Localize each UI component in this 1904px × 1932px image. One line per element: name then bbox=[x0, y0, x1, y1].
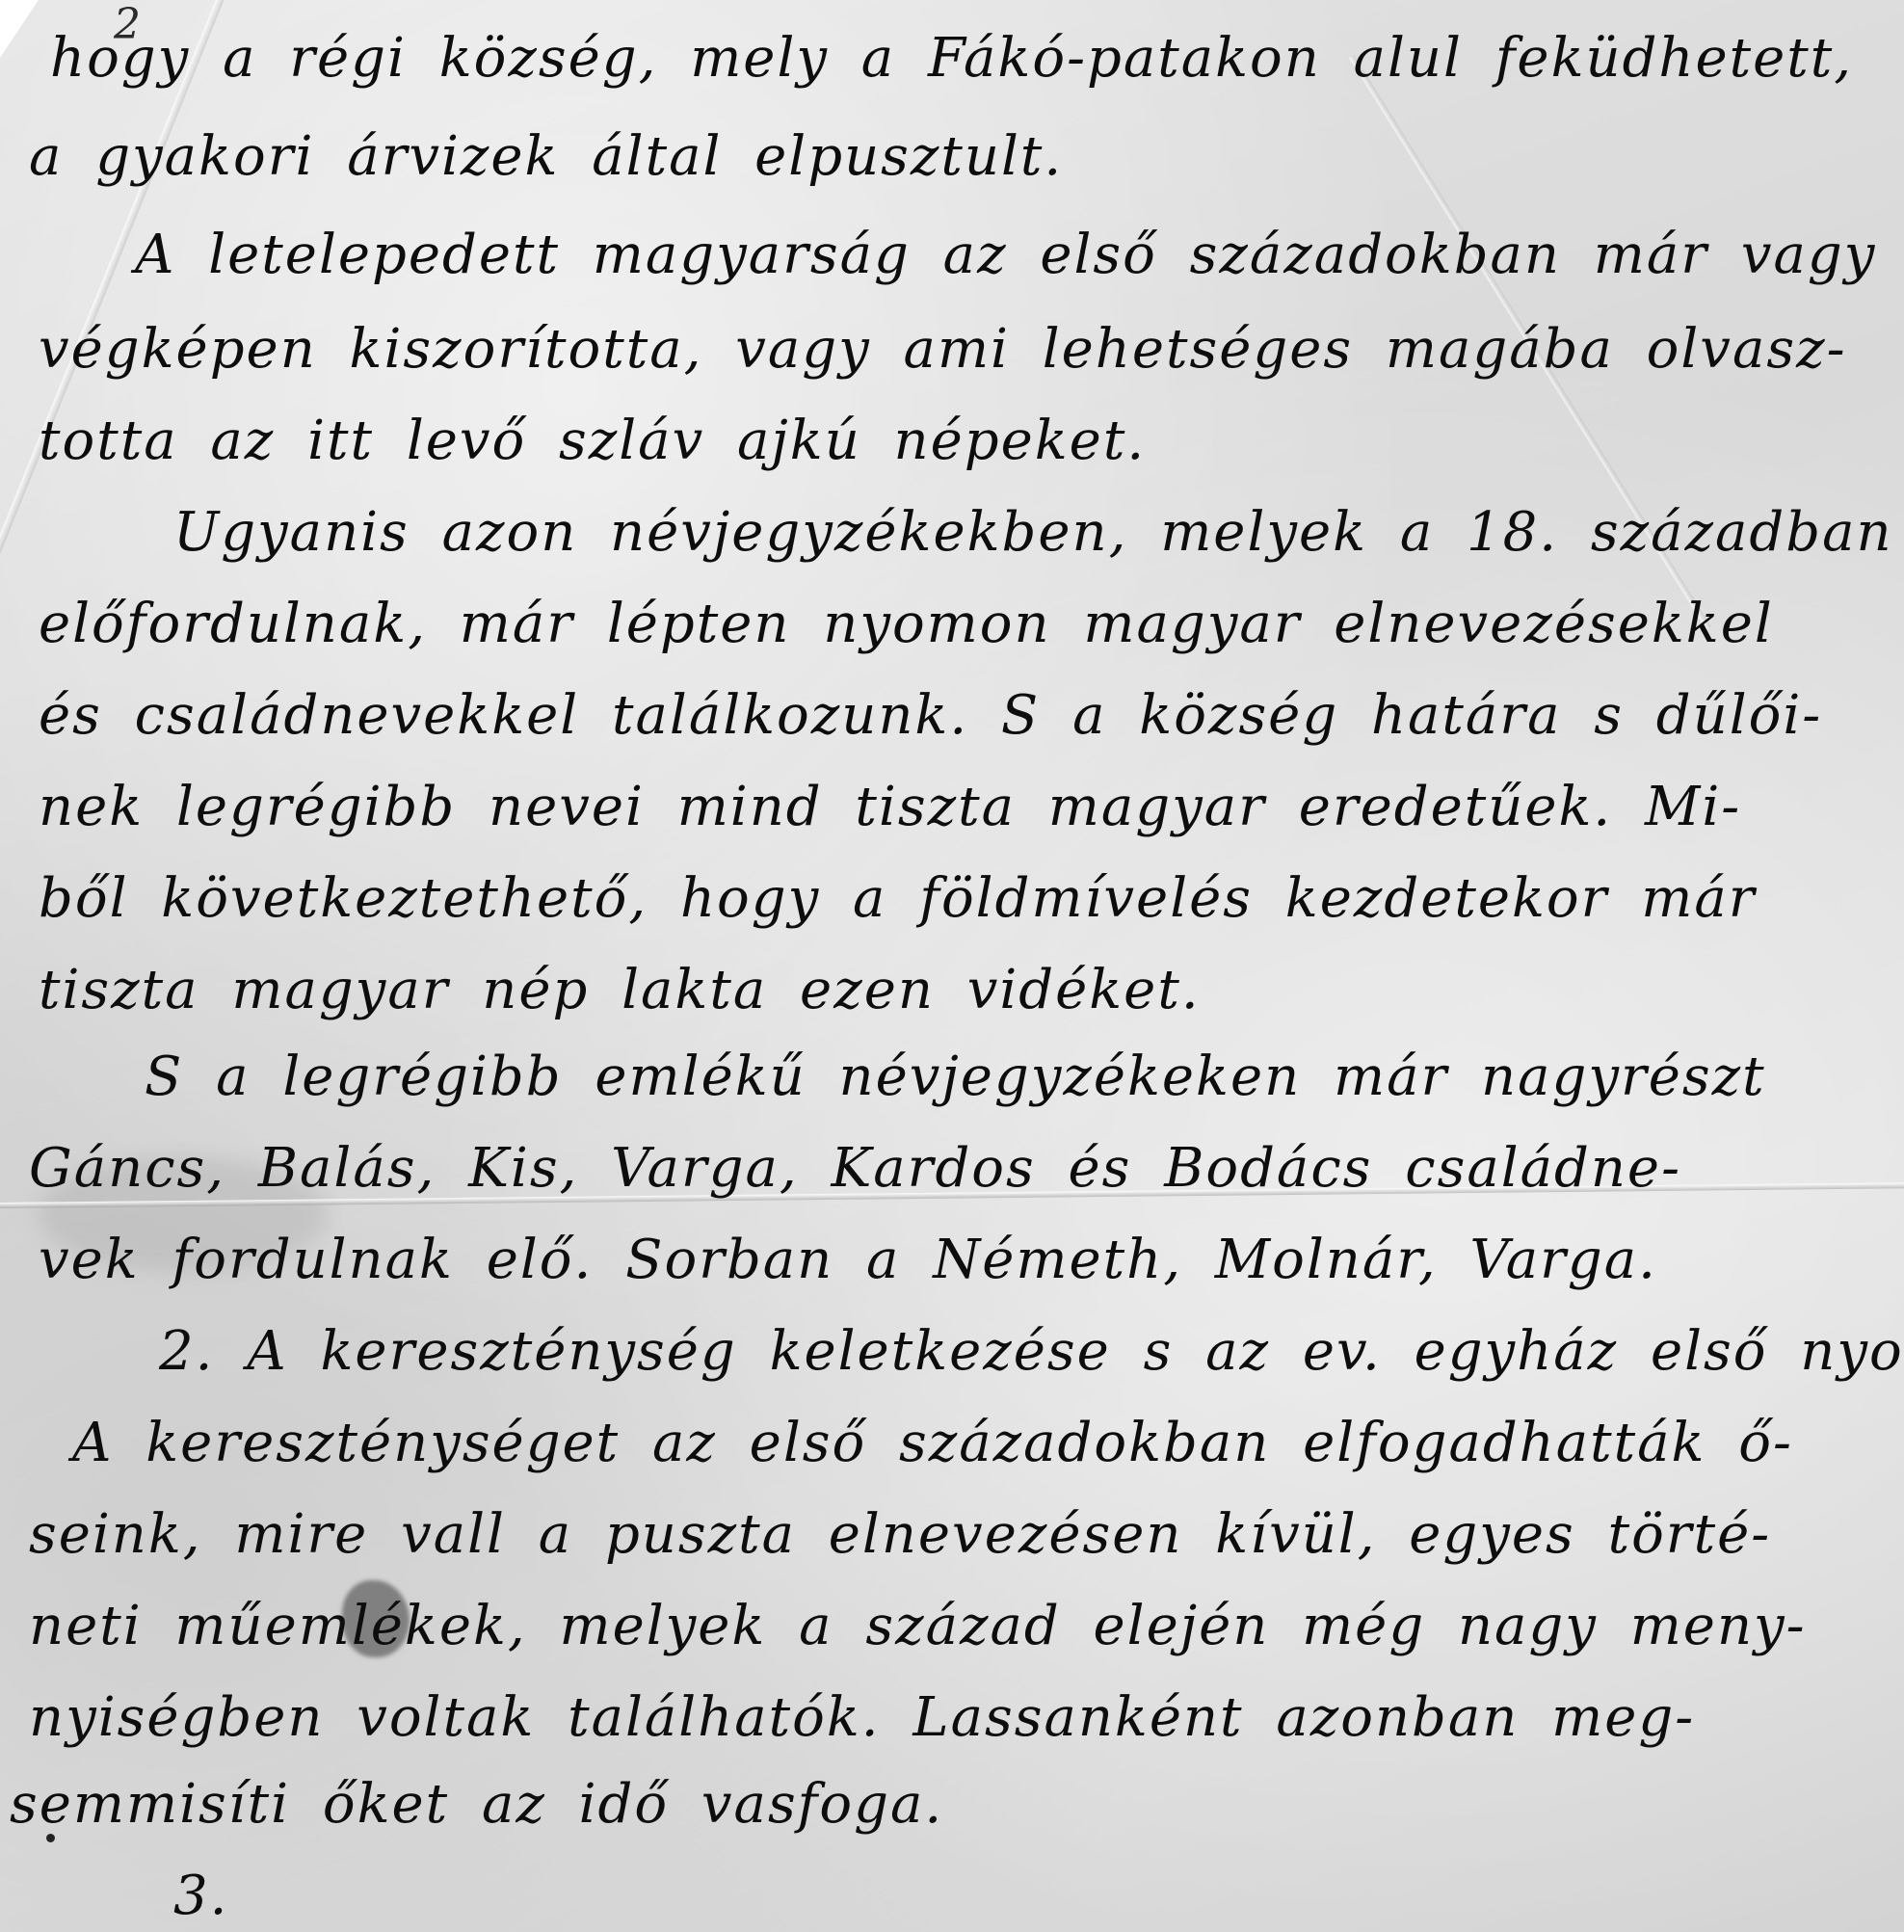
text-line: totta az itt levő szláv ajkú népeket. bbox=[39, 410, 1146, 472]
text-line: nek legrégibb nevei mind tiszta magyar e… bbox=[39, 776, 1741, 838]
text-line: tiszta magyar nép lakta ezen vidéket. bbox=[39, 959, 1201, 1021]
text-line: A kereszténységet az első századokban el… bbox=[72, 1412, 1793, 1474]
text-line: seink, mire vall a puszta elnevezésen kí… bbox=[29, 1503, 1771, 1566]
section-heading: 2. A kereszténység keletkezése s az ev. … bbox=[159, 1320, 1904, 1383]
ink-dot bbox=[46, 1834, 55, 1842]
text-line: neti műemlékek, melyek a század elején m… bbox=[29, 1595, 1807, 1657]
section-number: 3. bbox=[173, 1865, 228, 1927]
text-line: Ugyanis azon névjegyzékekben, melyek a 1… bbox=[173, 501, 1893, 564]
text-line: és családnevekkel találkozunk. S a közsé… bbox=[39, 684, 1822, 747]
text-line: ből következtethető, hogy a földmívelés … bbox=[39, 867, 1756, 930]
text-line: hogy a régi község, mely a Fákó-patakon … bbox=[50, 27, 1853, 90]
torn-corner bbox=[0, 0, 39, 58]
text-line: végképen kiszorította, vagy ami lehetség… bbox=[39, 318, 1847, 381]
text-line: S a legrégibb emlékű névjegyzékeken már … bbox=[145, 1045, 1766, 1108]
text-line: előfordulnak, már lépten nyomon magyar e… bbox=[39, 593, 1774, 655]
handwritten-page: 2 hogy a régi község, mely a Fákó-patako… bbox=[0, 0, 1904, 1932]
text-line: a gyakori árvizek által elpusztult. bbox=[29, 125, 1063, 188]
text-line: nyiségben voltak találhatók. Lassanként … bbox=[29, 1686, 1695, 1749]
text-line: vek fordulnak elő. Sorban a Németh, Moln… bbox=[39, 1229, 1657, 1291]
text-line: A letelepedett magyarság az első százado… bbox=[135, 224, 1876, 286]
text-line: Gáncs, Balás, Kis, Varga, Kardos és Bodá… bbox=[29, 1137, 1681, 1200]
text-line: semmisíti őket az idő vasfoga. bbox=[10, 1773, 943, 1836]
